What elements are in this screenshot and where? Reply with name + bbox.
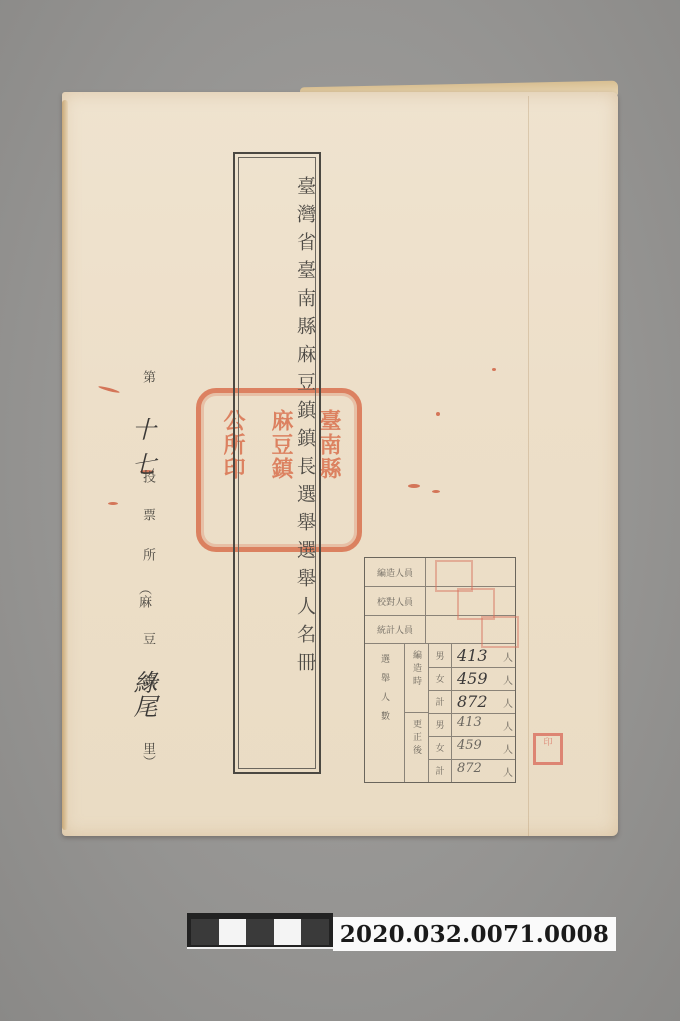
ink-speck: [492, 368, 496, 371]
ink-speck: [436, 412, 440, 416]
count-value: 459: [457, 738, 482, 753]
fold-line: [528, 96, 529, 836]
unit-label: 人: [503, 764, 513, 779]
count-value: 872: [457, 761, 482, 776]
title-frame: 臺灣省臺南縣麻豆鎮鎮長選舉選舉人名冊: [233, 152, 321, 774]
gender-label: 男: [429, 713, 452, 736]
ruler-segment: [274, 919, 302, 945]
town-label: 豆: [138, 632, 157, 645]
gender-label: 女: [429, 736, 452, 759]
ink-speck: [408, 484, 420, 488]
station-label: 投: [138, 470, 157, 483]
document-title: 臺灣省臺南縣麻豆鎮鎮長選舉選舉人名冊: [235, 176, 319, 680]
count-row: 女 459 人: [429, 667, 515, 691]
count-value: 459: [457, 669, 488, 688]
group-label: 編造時: [410, 650, 423, 689]
paper-left-edge: [62, 100, 68, 830]
count-value: 413: [457, 715, 482, 730]
official-seal-small: 印: [533, 733, 563, 765]
unit-label: 人: [503, 649, 513, 664]
count-row: 男 413 人: [429, 644, 515, 668]
prefix-text: 第: [138, 370, 157, 383]
count-row: 計 872 人: [429, 759, 515, 782]
gender-label: 計: [429, 759, 452, 782]
voter-count-grid: 選舉人數 編造時 更正後 男 413 人 女 459 人 計 872 人 男 4…: [365, 644, 515, 782]
count-row: 男 413 人: [429, 713, 515, 737]
village-handwritten: 綠尾: [126, 670, 161, 718]
ink-speck: [432, 490, 440, 493]
unit-label: 人: [503, 695, 513, 710]
registry-table: 編造人員 校對人員 統計人員 選舉人數 編造時 更正後 男 413 人 女 45…: [364, 557, 516, 783]
group-label: 更正後: [410, 719, 423, 758]
ruler-segment: [219, 919, 247, 945]
count-value: 413: [457, 646, 488, 665]
accession-number: 2020.032.0071.0008: [333, 917, 616, 951]
town-label: （麻: [134, 582, 153, 608]
staff-label: 統計人員: [365, 616, 426, 643]
gender-label: 計: [429, 690, 452, 713]
unit-label: 人: [503, 672, 513, 687]
gender-label: 女: [429, 667, 452, 690]
section-label: 選舉人數: [378, 654, 391, 730]
count-value: 872: [457, 692, 488, 711]
polling-station-label: 第 十七 投 票 所 （麻 豆 鎮 綠尾 里）: [128, 370, 164, 780]
station-label: 票: [138, 508, 157, 521]
count-row: 女 459 人: [429, 736, 515, 760]
staff-label: 編造人員: [365, 558, 426, 586]
count-row: 計 872 人: [429, 690, 515, 714]
village-suffix: 里）: [138, 742, 157, 768]
ruler-segment: [191, 919, 219, 945]
document-title-text: 臺灣省臺南縣麻豆鎮鎮長選舉選舉人名冊: [292, 176, 319, 680]
station-label: 所: [138, 548, 157, 561]
unit-label: 人: [503, 718, 513, 733]
ruler-segment: [301, 919, 329, 945]
ink-speck: [108, 502, 118, 505]
unit-label: 人: [503, 741, 513, 756]
scale-ruler: [187, 913, 333, 949]
ruler-segment: [246, 919, 274, 945]
seal-text: 印: [543, 738, 552, 748]
gender-label: 男: [429, 644, 452, 667]
staff-label: 校對人員: [365, 587, 426, 615]
